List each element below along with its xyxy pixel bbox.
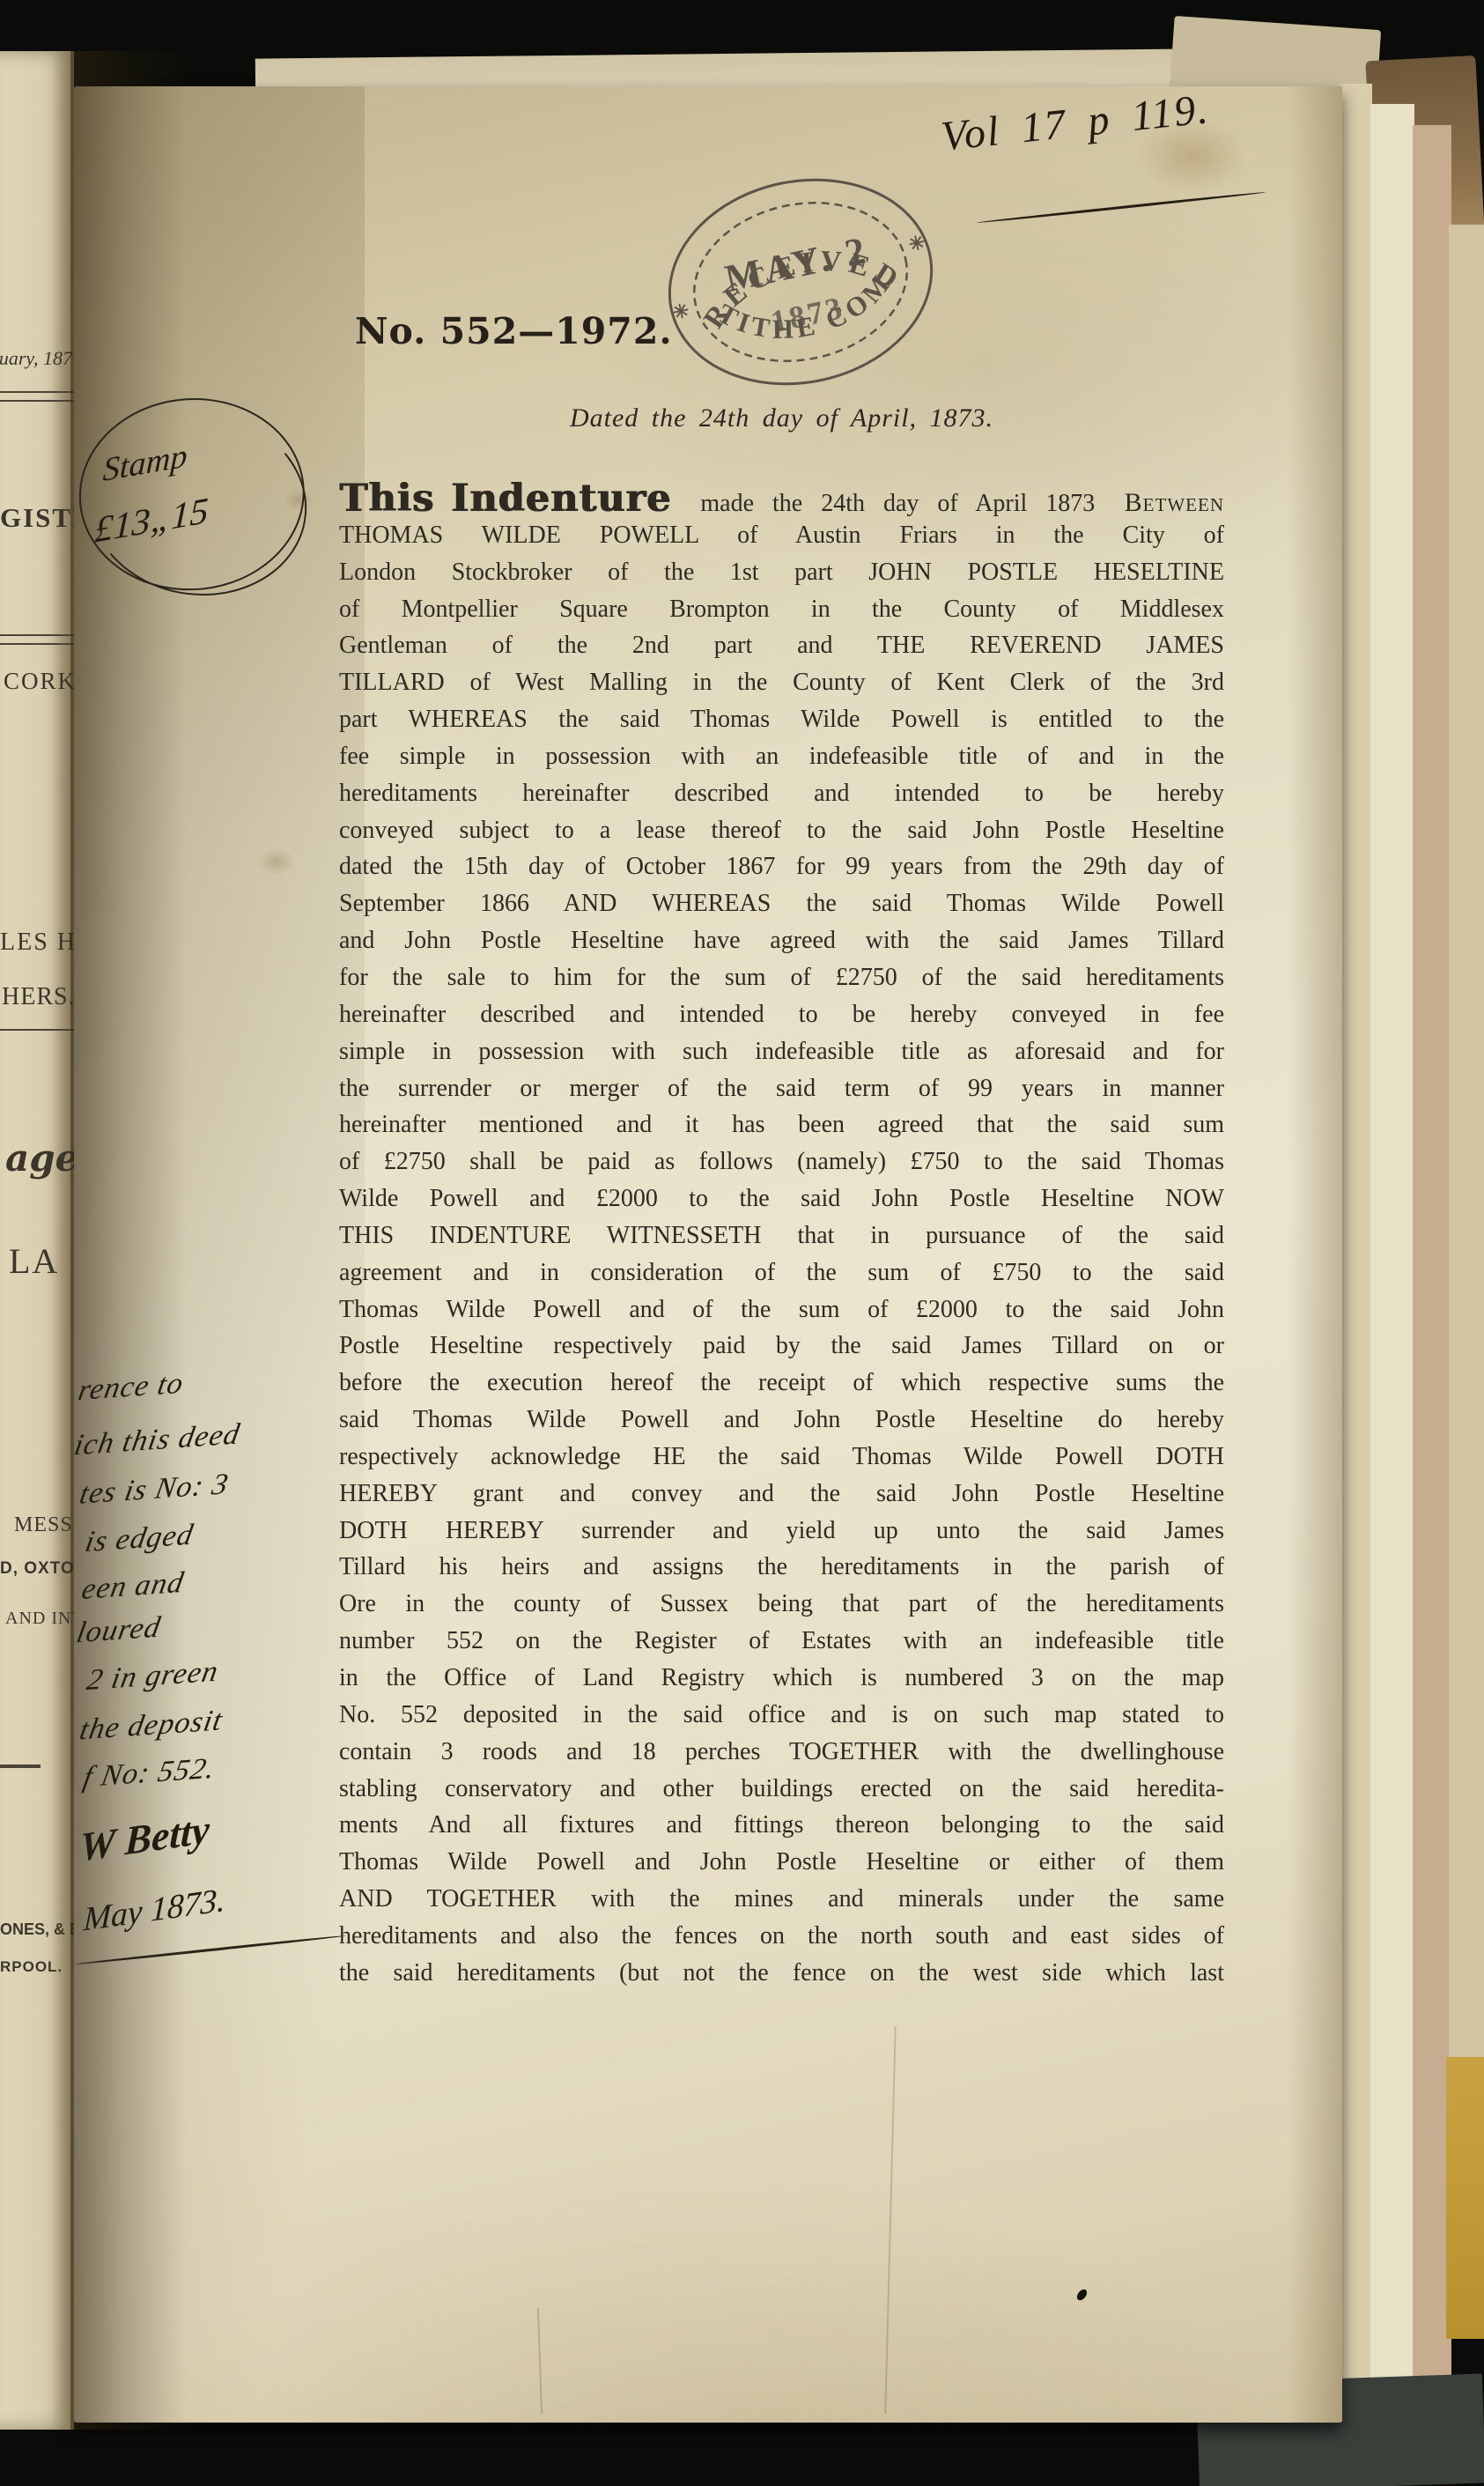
deed-line: simple in possession with such indefeasi…	[339, 1033, 1224, 1070]
marginal-note-line: f No: 552.	[81, 1752, 218, 1794]
marginal-note-line: is edged	[83, 1519, 196, 1559]
deed-line: of £2750 shall be paid as follows (namel…	[339, 1143, 1224, 1180]
deed-line: No. 552 deposited in the said office and…	[339, 1697, 1224, 1734]
deed-line: Thomas Wilde Powell and John Postle Hese…	[339, 1844, 1224, 1881]
printed-rule	[0, 1029, 74, 1031]
deed-line: hereditaments hereinafter described and …	[339, 775, 1224, 812]
left-page-fragment: AND INT	[5, 1609, 74, 1629]
deed-line: said Thomas Wilde Powell and John Postle…	[339, 1402, 1224, 1439]
deed-line: respectively acknowledge HE the said Tho…	[339, 1439, 1224, 1476]
deed-line: Thomas Wilde Powell and of the sum of £2…	[339, 1291, 1224, 1328]
deed-line: AND TOGETHER with the mines and minerals…	[339, 1881, 1224, 1918]
examiner-signature: W Betty	[79, 1805, 210, 1870]
book-photograph: { "colors": { "background": "#0b0c09", "…	[0, 0, 1484, 2486]
stamp-duty-annotation: Stamp £13„15	[73, 390, 314, 603]
deed-line: contain 3 roods and 18 perches TOGETHER …	[339, 1734, 1224, 1771]
deed-line: agreement and in consideration of the su…	[339, 1254, 1224, 1291]
deed-line: fee simple in possession with an indefea…	[339, 738, 1224, 775]
deed-line: Postle Heseltine respectively paid by th…	[339, 1328, 1224, 1365]
deed-line: THOMAS WILDE POWELL of Austin Friars in …	[339, 517, 1224, 554]
deed-line: dated the 15th day of October 1867 for 9…	[339, 848, 1224, 885]
deed-line: for the sale to him for the sum of £2750…	[339, 959, 1224, 996]
deed-line: the surrender or merger of the said term…	[339, 1070, 1224, 1107]
printed-double-rule	[0, 634, 74, 645]
deed-line: of Montpellier Square Brompton in the Co…	[339, 591, 1224, 628]
printed-dash	[0, 1765, 41, 1768]
blackletter-opening: This Indenture	[339, 480, 671, 518]
deed-line: ments And all fixtures and fittings ther…	[339, 1807, 1224, 1844]
left-page-fragment: ONES, & BIL	[0, 1920, 74, 1939]
left-page-fragment: uary, 187	[0, 347, 72, 370]
deed-body-text: This Indenture made the 24th day of Apri…	[339, 480, 1224, 1992]
marginal-note-line: ich this deed	[71, 1418, 242, 1463]
printed-double-rule	[0, 391, 74, 402]
left-page-fragment: MESS	[14, 1513, 73, 1537]
marginal-note: rence to ich this deed tes is No: 3 is e…	[79, 1339, 379, 1973]
opening-between-word: Between	[1125, 488, 1224, 518]
marginal-note-line: loured	[74, 1611, 164, 1650]
note-date: May 1873.	[83, 1880, 226, 1939]
deed-line: and John Postle Heseltine have agreed wi…	[339, 922, 1224, 959]
marginal-note-line: tes is No: 3	[77, 1468, 231, 1511]
left-page-fragment: CORKI	[4, 668, 74, 695]
left-page-fragment: LA	[9, 1240, 59, 1282]
deed-line: Gentleman of the 2nd part and THE REVERE…	[339, 627, 1224, 664]
document-number: No. 552—1972.	[355, 310, 673, 352]
deed-line: HEREBY grant and convey and the said Joh…	[339, 1476, 1224, 1513]
stamp-day-text: MAY. 2	[721, 228, 873, 300]
left-page-fragment: D, OXTON,	[0, 1559, 74, 1579]
deed-line: hereditaments and also the fences on the…	[339, 1918, 1224, 1955]
marginal-note-line: rence to	[76, 1367, 187, 1408]
left-page-fragment: LES HU	[0, 929, 74, 957]
opening-date-text: made the 24th day of April 1873	[700, 490, 1095, 518]
marginal-note-line: een and	[79, 1566, 187, 1607]
deed-line: the said hereditaments (but not the fenc…	[339, 1955, 1224, 1992]
deed-line: THIS INDENTURE WITNESSETH that in pursua…	[339, 1217, 1224, 1254]
deed-line: in the Office of Land Registry which is …	[339, 1660, 1224, 1697]
left-page-fragment: RPOOL.	[0, 1958, 63, 1976]
deed-line: TILLARD of West Malling in the County of…	[339, 664, 1224, 701]
page-stack-edge-4	[1449, 225, 1484, 2057]
note-underline	[75, 1935, 347, 1965]
deed-line: number 552 on the Register of Estates wi…	[339, 1623, 1224, 1660]
deed-line: conveyed subject to a lease thereof to t…	[339, 812, 1224, 849]
deed-line: September 1866 AND WHEREAS the said Thom…	[339, 885, 1224, 922]
page-stack-edge-2	[1370, 104, 1414, 2438]
left-page-fragment: age	[5, 1136, 74, 1180]
marginal-note-line: the deposit	[77, 1704, 225, 1747]
deed-opening-line: This Indenture made the 24th day of Apri…	[339, 480, 1224, 517]
deed-line: London Stockbroker of the 1st part JOHN …	[339, 554, 1224, 591]
gold-document-edge	[1446, 2057, 1484, 2339]
deed-line: Wilde Powell and £2000 to the said John …	[339, 1180, 1224, 1217]
deed-line: stabling conservatory and other building…	[339, 1771, 1224, 1808]
left-page-fragment: GISTRY	[0, 502, 74, 534]
page-stack-edge-1	[1340, 84, 1372, 2418]
deed-line: Ore in the county of Sussex being that p…	[339, 1586, 1224, 1623]
deed-line: part WHEREAS the said Thomas Wilde Powel…	[339, 701, 1224, 738]
deed-line: DOTH HEREBY surrender and yield up unto …	[339, 1513, 1224, 1550]
stamp-star-left-icon: ✳	[671, 299, 691, 323]
dated-line: Dated the 24th day of April, 1873.	[339, 403, 1224, 433]
deed-line: before the execution hereof the receipt …	[339, 1365, 1224, 1402]
deed-line: Tillard his heirs and assigns the heredi…	[339, 1549, 1224, 1586]
marginal-note-line: 2 in green	[85, 1655, 222, 1698]
deed-line: hereinafter described and intended to be…	[339, 996, 1224, 1033]
left-page-fragment: HERS.	[2, 983, 74, 1011]
deed-line: hereinafter mentioned and it has been ag…	[339, 1106, 1224, 1143]
previous-page-edge: uary, 187 GISTRY CORKI LES HU HERS. age …	[0, 51, 74, 2430]
